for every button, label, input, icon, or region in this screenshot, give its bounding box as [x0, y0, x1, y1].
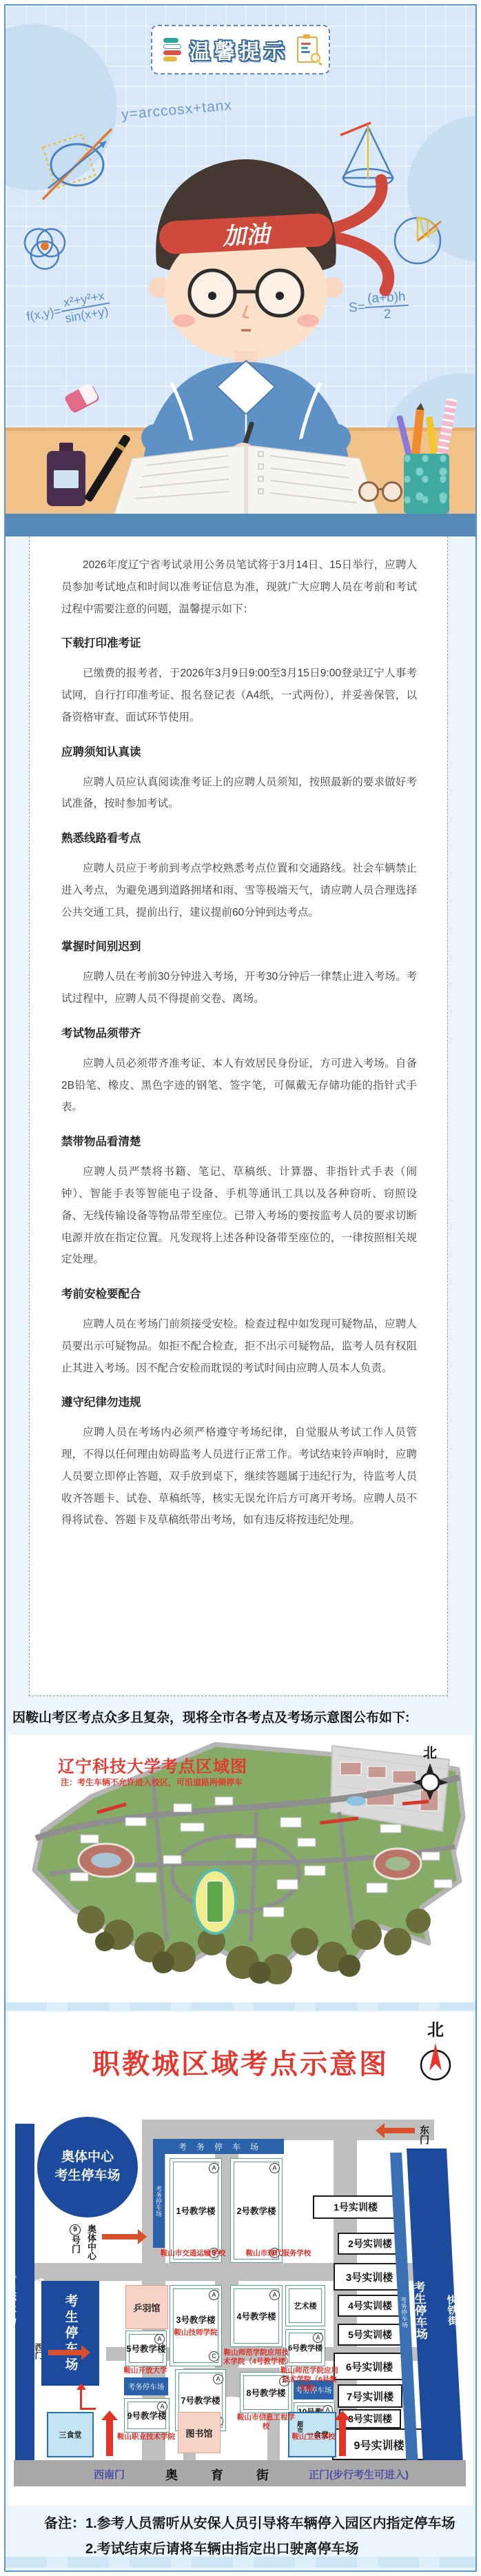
building-s6: 6号实训楼: [334, 2353, 405, 2380]
section-heading-1: 下载打印准考证: [61, 634, 417, 650]
parking-exit-arrow-icon: [80, 2390, 96, 2410]
campus-map-title: 辽宁科技大学考点区域图: [58, 1753, 247, 1777]
school-label-t6: 鞍山师范学院应用技术学院（6号教学楼）: [280, 2366, 339, 2393]
section-heading-3: 熟悉线路看考点: [61, 829, 417, 845]
schematic-map-canvas: 盛达大道 考生停车场 奥体中心 考生停车场 9号门 奥体中心 西门: [10, 2115, 471, 2499]
schematic-map-title: 职教城区域考点示意图: [8, 2042, 473, 2082]
building-s7: 7号实训楼: [338, 2384, 402, 2408]
section-heading-7: 考前安检要配合: [61, 1285, 417, 1301]
section-heading-5: 考试物品须带齐: [61, 1024, 417, 1040]
section-body-6: 应聘人员严禁将书籍、笔记、草稿纸、计算器、非指针式手表（闹钟）、智能手表等智能电…: [61, 1161, 417, 1271]
section-body-3: 应聘人员应于考前到考点学校熟悉考点位置和交通路线。社会车辆禁止进入考点，为避免遇…: [61, 858, 417, 923]
notice-text-panel: 2026年度辽宁省考试录用公务员笔试将于3月14日、15日举行，应聘人员参加考试…: [29, 536, 448, 1696]
hero-illustration: 温馨提示 y=arccosx+tanx f(x,y)=x²+y²+xsin(x+…: [6, 6, 475, 514]
building-canteen3: 三食堂: [47, 2412, 94, 2457]
building-t5: 5号教学楼 A: [125, 2331, 167, 2366]
gate-9-arrow-icon: [102, 2234, 138, 2240]
building-t9: 9号教学楼 A: [124, 2398, 170, 2433]
section-body-4: 应聘人员在考前30分钟进入考场，开考30分钟后一律禁止进入考场。考试过程中，应聘…: [61, 966, 417, 1010]
building-t2: 2号教学楼 A B: [230, 2158, 283, 2263]
east-gate-label: 东门: [418, 2125, 431, 2158]
staff-parking-bar: 考务停车场: [153, 2139, 284, 2154]
olympic-center-parking: 奥体中心 考生停车场: [37, 2117, 138, 2217]
aoyu-street-label: 奥育街: [165, 2466, 302, 2484]
compass-north: 北: [411, 1742, 449, 1804]
venn-doodle-icon: [19, 225, 70, 279]
candidate-parking-area: 考生停车场: [41, 2281, 99, 2386]
books-icon: [163, 38, 181, 61]
gate-9-label: 9号门 奥体中心: [69, 2224, 98, 2282]
note-line-2: 2.考试结束后请将车辆由指定出口驶离停车场: [44, 2537, 458, 2562]
school-label-t3: 鞍山技师学院: [174, 2328, 218, 2337]
north-arrow-icon: [416, 2040, 455, 2084]
campus-map-note: 注：考生车辆不允许进入校区，可沿道路两侧停车: [61, 1776, 243, 1788]
building-s5: 5号实训楼: [338, 2324, 402, 2346]
north-label: 北: [411, 1742, 449, 1762]
ink-bottle-icon: [47, 443, 85, 506]
section-body-7: 应聘人员在考场门前须接受安检。检查过程中如发现可疑物品，应聘人员要出示可疑物品。…: [61, 1314, 417, 1379]
section-body-8: 应聘人员在考场内必须严格遵守考场纪律，自觉服从考试工作人员管理，不得以任何理由妨…: [61, 1422, 417, 1531]
formula-arccos: y=arccosx+tanx: [121, 97, 233, 123]
clipboard-icon: [297, 37, 318, 63]
building-s2: 2号实训楼: [338, 2233, 402, 2255]
school-label-t9: 鞍山职业技术学院: [116, 2433, 176, 2442]
student-illustration: 加油: [74, 140, 418, 514]
section-heading-2: 应聘须知认真读: [61, 743, 417, 759]
street-shengda-avenue: 盛达大道 考生停车场: [15, 2124, 34, 2474]
section-body-2: 应聘人员应认真阅读准考证上的应聘人员须知，按照最新的要求做好考试准备，按时参加考…: [61, 772, 417, 816]
school-label-t5: 鞍山开放大学: [119, 2366, 172, 2375]
school-label-t8: 鞍山市信息工程学校: [234, 2413, 298, 2431]
building-t3: 3号教学楼 鞍山技师学院 A C: [170, 2285, 222, 2366]
maps-divider: [6, 2002, 475, 2011]
section-heading-8: 遵守纪律勿违规: [61, 1393, 417, 1409]
street-aoyu: 西南门 奥育街 正门(步行考生可进入): [14, 2460, 466, 2486]
building-pingyu: 乒羽馆: [125, 2285, 168, 2329]
schematic-map-panel: 职教城区域考点示意图 北: [8, 2012, 473, 2506]
main-gate-label: 正门(步行考生可进入): [309, 2467, 409, 2482]
section-divider-band: [6, 514, 475, 536]
school-label-t2: 鞍山市现代服务学校: [237, 2249, 320, 2258]
building-t1: 1号教学楼 A B: [170, 2158, 222, 2263]
footer-notes: 备注：1.参考人员需听从安保人员引导将车辆停入园区内指定停车场 2.考试结束后请…: [44, 2511, 458, 2562]
banner: 温馨提示: [151, 25, 330, 74]
page-title: 温馨提示: [190, 34, 289, 65]
compass-north-2: 北: [416, 2016, 455, 2088]
building-s4: 4号实训楼: [338, 2295, 402, 2317]
campus-map-panel: 辽宁科技大学考点区域图 注：考生车辆不允许进入校区，可沿道路两侧停车 北: [8, 1735, 473, 2002]
building-s3: 3号实训楼: [334, 2263, 405, 2291]
section-heading-6: 禁带物品看清楚: [61, 1132, 417, 1149]
east-gate-arrow-icon: [385, 2128, 415, 2133]
building-art: 艺术楼: [285, 2285, 325, 2326]
note-line-1: 备注：1.参考人员需听从安保人员引导将车辆停入园区内指定停车场: [44, 2511, 458, 2537]
section-body-5: 应聘人员必须带齐准考证、本人有效居民身份证，方可进入考场。自备2B铅笔、橡皮、黑…: [61, 1053, 417, 1118]
west-gate-arrow-icon: [48, 2350, 81, 2355]
intro-paragraph: 2026年度辽宁省考试录用公务员笔试将于3月14日、15日举行，应聘人员参加考试…: [61, 554, 417, 620]
section-body-1: 已缴费的报考者，于2026年3月9日9:00至3月15日9:00登录辽宁人事考试…: [61, 663, 417, 728]
southwest-gate-arrow-icon: [106, 2420, 113, 2456]
building-library: 图书馆: [178, 2412, 221, 2453]
staff-parking-bar-vertical: 考务停车场: [153, 2154, 165, 2248]
pencil-cup-icon: [404, 454, 449, 514]
school-label-t10: 鞍山卫生学校: [288, 2433, 339, 2442]
headband-text: 加油: [221, 221, 274, 250]
school-label-t4: 鞍山师范学院应用技术学院（4号教学楼）: [223, 2348, 289, 2366]
staff-parking-box-left: 考务停车场: [124, 2377, 168, 2395]
north-label: 北: [416, 2016, 455, 2040]
main-gate-arrow-icon: [339, 2420, 346, 2456]
magnifier-icon: [311, 53, 320, 63]
page-frame: 温馨提示 y=arccosx+tanx f(x,y)=x²+y²+xsin(x+…: [4, 4, 477, 2572]
compass-rose-icon: [411, 1762, 449, 1800]
building-s1: 1号实训楼: [313, 2195, 398, 2219]
section-heading-4: 掌握时间别迟到: [61, 937, 417, 954]
school-label-t1: 鞍山市交通运输学校: [152, 2249, 234, 2258]
building-t4: 4号教学楼 A: [230, 2285, 283, 2347]
southwest-gate-label: 西南门: [94, 2467, 125, 2482]
poster-page: 温馨提示 y=arccosx+tanx f(x,y)=x²+y²+xsin(x+…: [0, 0, 481, 2576]
maps-announcement: 因鞍山考区考点众多且复杂，现将全市各考点及考场示意图公布如下:: [12, 1707, 471, 1726]
